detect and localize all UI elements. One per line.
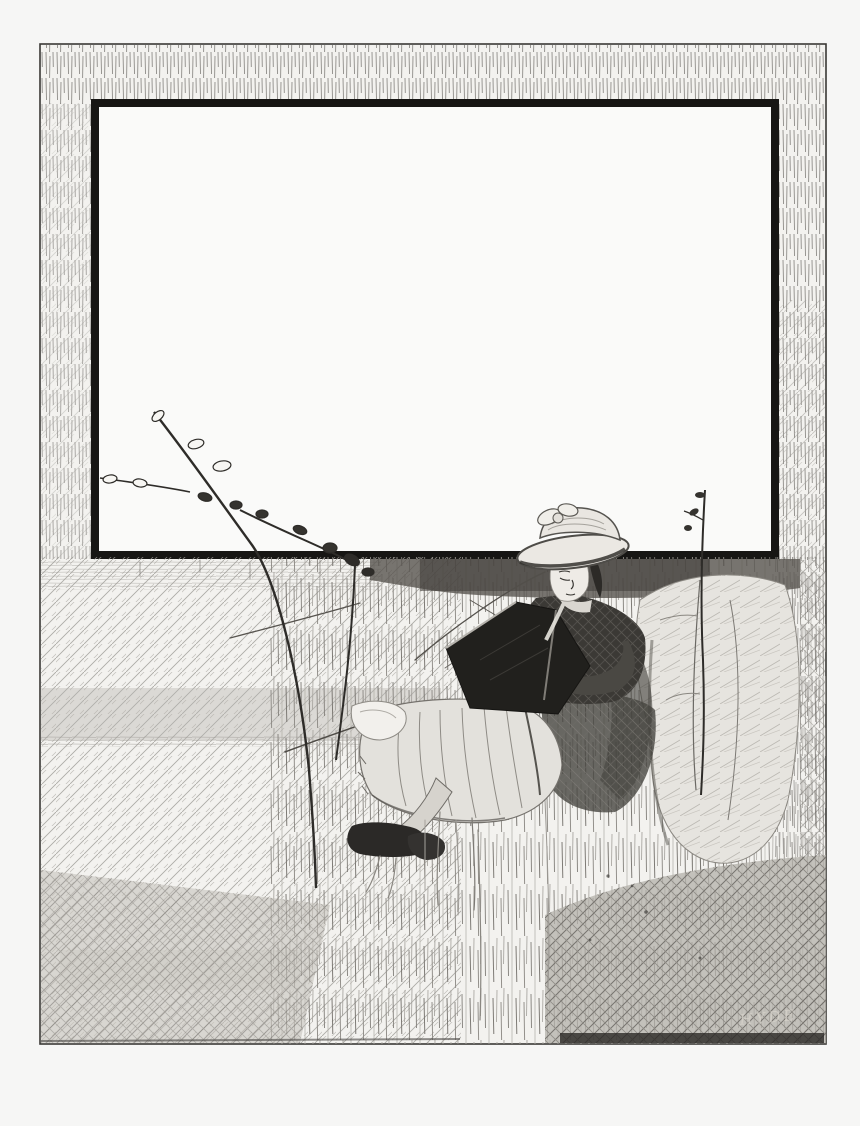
rock-bank [636, 575, 799, 863]
hatched-top-band [41, 45, 825, 104]
panel-border [95, 103, 775, 555]
engraving-illustration: HYDE [0, 0, 860, 1126]
blank-text-panel [95, 100, 776, 557]
bottom-edge-dark [560, 1033, 824, 1043]
